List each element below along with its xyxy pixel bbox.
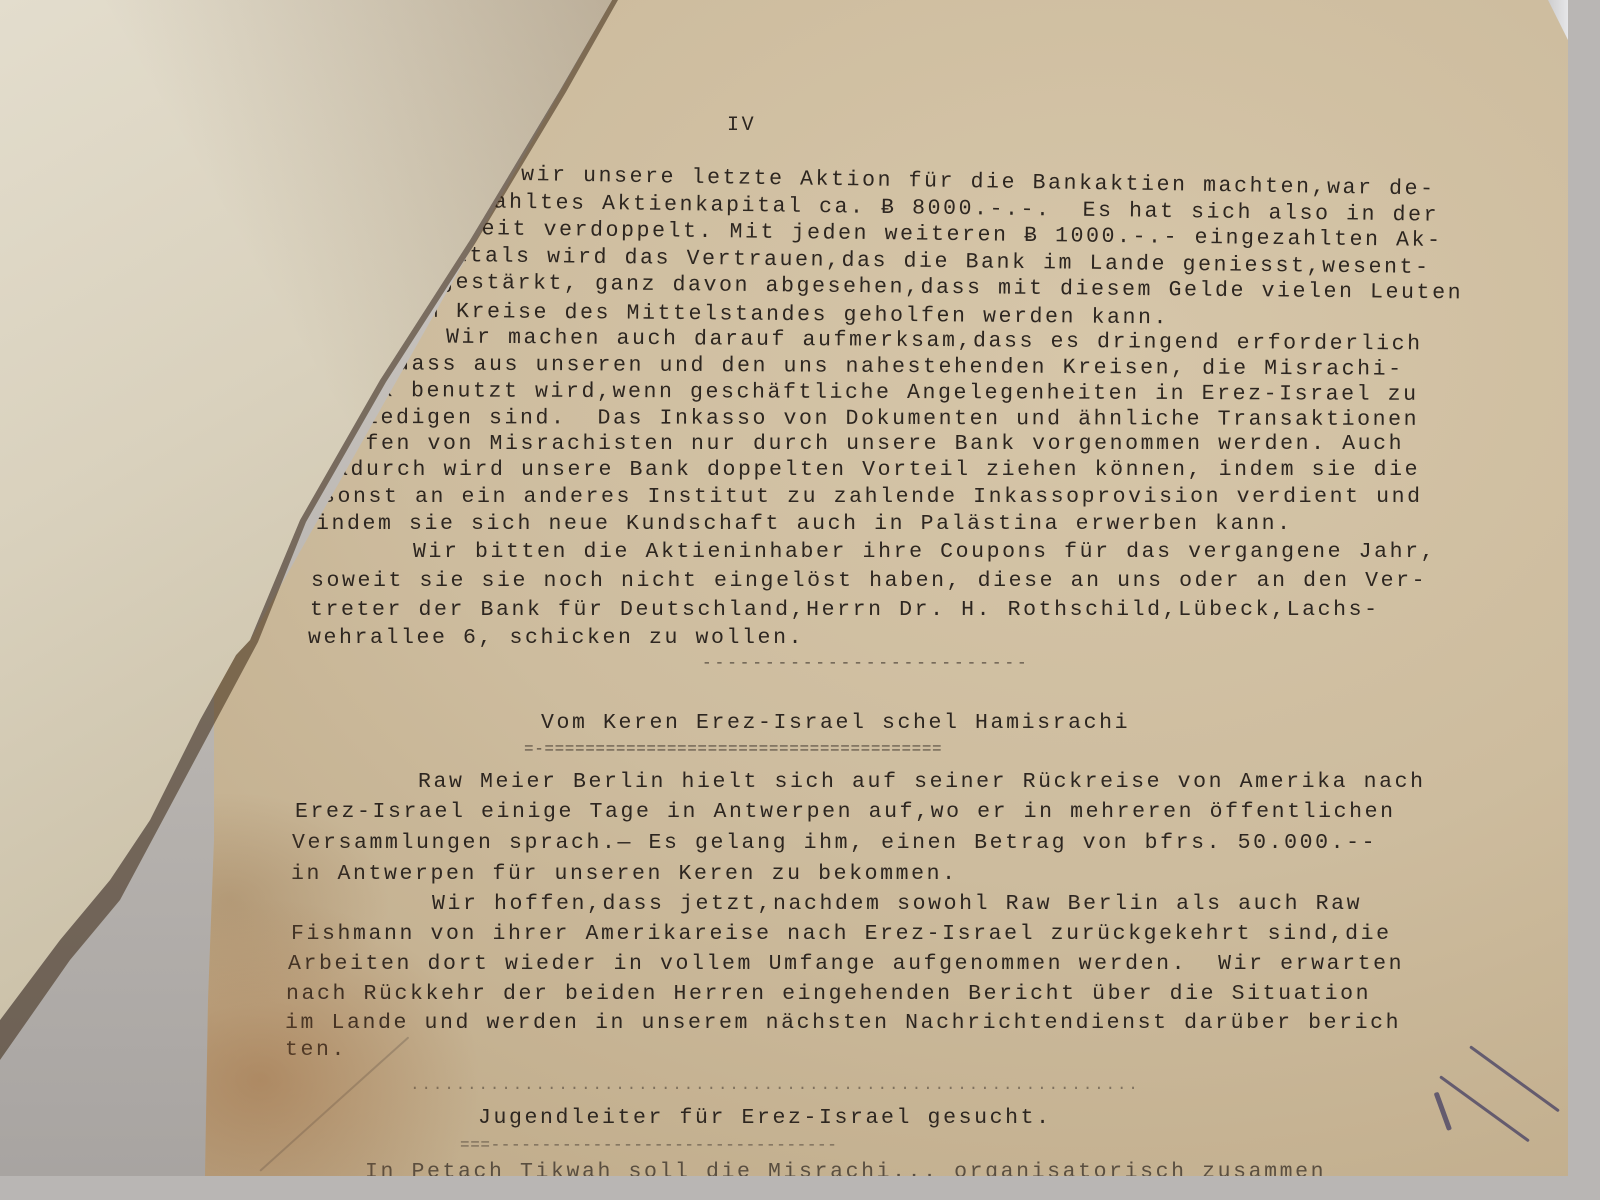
text-line: Wir bitten die Aktieninhaber ihre Coupon… [413,542,1436,564]
text-line: rfen von Misrachisten nur durch unsere B… [350,434,1404,456]
text-line: s wir unsere letzte Aktion für die Banka… [490,165,1436,201]
section-heading: Vom Keren Erez-Israel schel Hamisrachi [541,713,1130,735]
text-line: Erez-Israel einige Tage in Antwerpen auf… [295,802,1396,824]
text-line: nach Rückkehr der beiden Herren eingehen… [286,984,1371,1006]
text-line: sonst an ein anderes Institut zu zahlend… [322,487,1423,509]
section-separator: ........................................… [410,1076,1140,1094]
ink-mark [1434,1092,1452,1131]
text-line: indem sie sich neue Kundschaft auch in P… [316,514,1293,536]
text-line: wehrallee 6, schicken zu wollen. [308,628,804,650]
text-line: ten. [285,1040,347,1062]
section-heading: Jugendleiter für Erez-Israel gesucht. [478,1108,1052,1130]
heading-underline: =-======================================… [524,740,942,758]
pencil-mark [259,1036,409,1171]
text-line: im Lande und werden in unserem nächsten … [285,1013,1401,1035]
page-number: IV [727,116,756,136]
text-line: k benutzt wird,wenn geschäftliche Angele… [380,381,1419,406]
text-line: zahltes Aktienkapital ca. Ƀ 8000.-.-. Es… [478,192,1439,227]
text-line: m Kreise des Mittelstandes geholfen werd… [425,302,1169,330]
text-line: soweit sie sie noch nicht eingelöst habe… [311,571,1427,593]
text-line: dass aus unseren und den uns nahestehend… [396,354,1404,381]
section-separator: -------------------------- [702,654,1030,672]
text-line-partial: In Petach Tikwah soll die Misrachi... or… [365,1162,1326,1176]
text-line: itals wird das Vertrauen,das die Bank im… [454,246,1431,279]
text-line: gestärkt, ganz davon abgesehen,dass mit … [440,273,1463,305]
ink-mark [1469,1045,1560,1112]
text-line: treter der Bank für Deutschland,Herrn Dr… [310,600,1380,622]
text-line: ledigen sind. Das Inkasso von Dokumenten… [365,408,1419,431]
ink-mark [1439,1075,1530,1142]
text-line: zeit verdoppelt. Mit jeden weiteren Ƀ 10… [466,219,1443,252]
text-line: Arbeiten dort wieder in vollem Umfange a… [288,954,1404,976]
text-line: Versammlungen sprach.— Es gelang ihm, ei… [292,833,1377,855]
text-line: Fishmann von ihrer Amerikareise nach Ere… [291,924,1392,946]
text-line: adurch wird unsere Bank doppelten Vortei… [335,460,1420,482]
text-line: in Antwerpen für unseren Keren zu bekomm… [291,864,958,886]
text-line: Wir machen auch darauf aufmerksam,dass e… [446,328,1423,356]
text-line: Raw Meier Berlin hielt sich auf seiner R… [418,772,1426,794]
heading-underline: ===---------------------------------- [460,1136,837,1154]
text-line: Wir hoffen,dass jetzt,nachdem sowohl Raw… [432,894,1362,916]
